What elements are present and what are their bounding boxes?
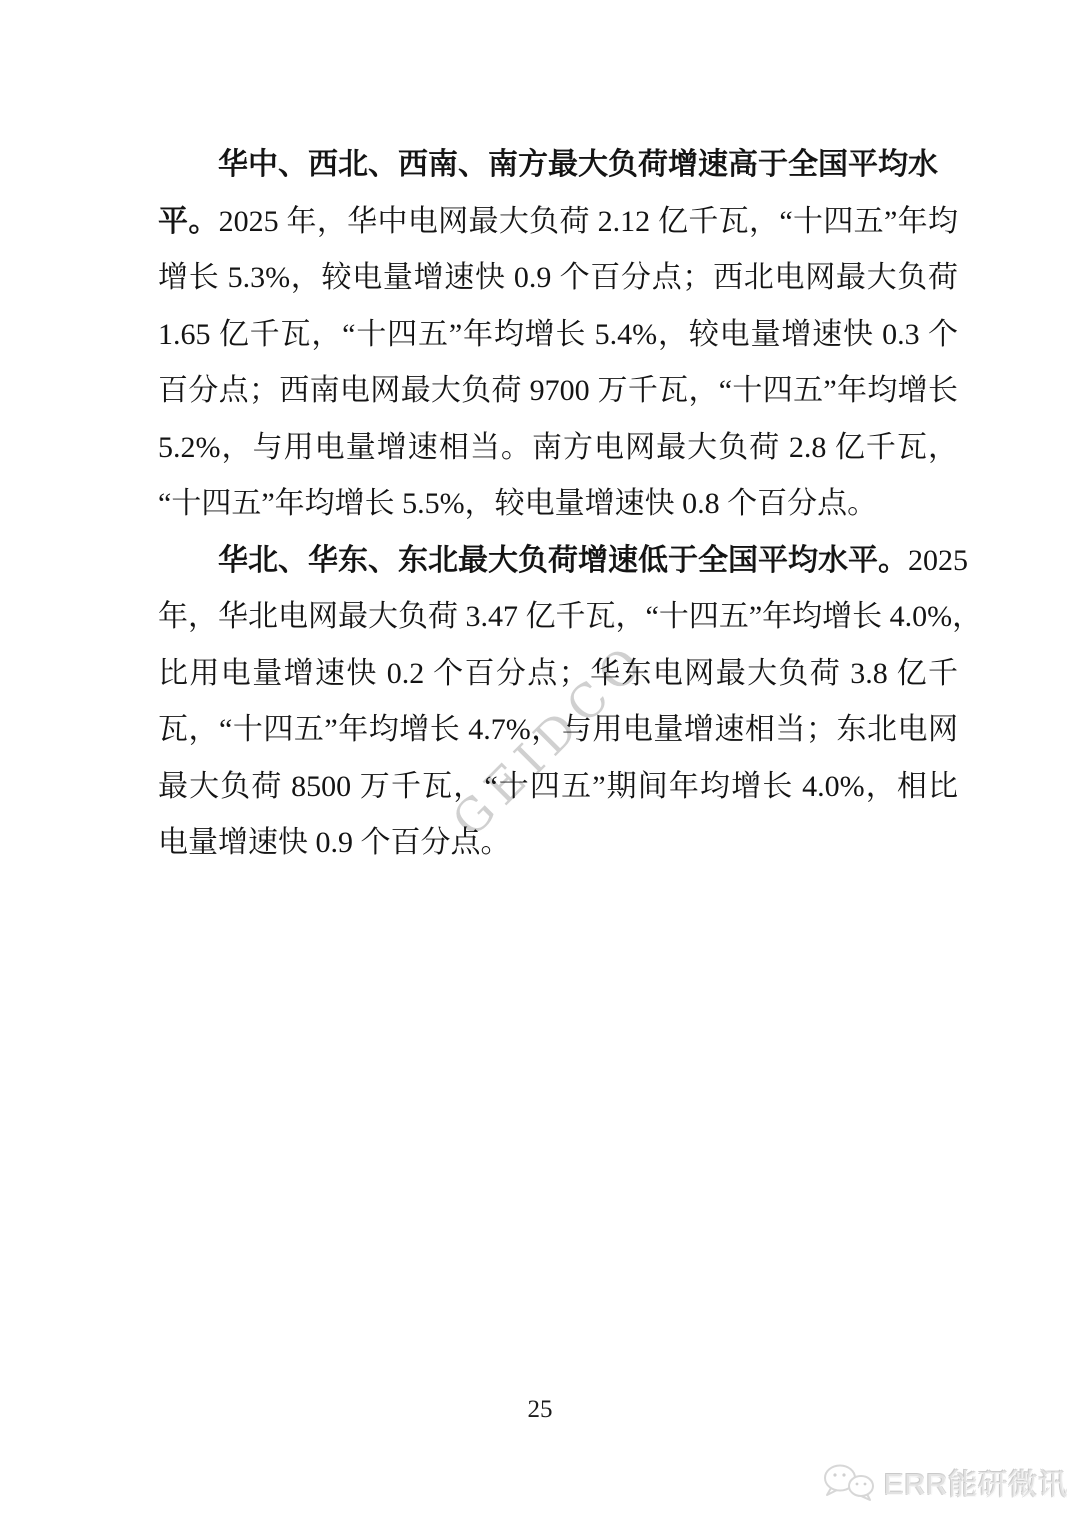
body-text: “十四五”年均增长 5.5%，较电量增速快 0.8 个百分点。 (158, 487, 877, 520)
body-text: 电量增速快 0.9 个百分点。 (158, 826, 511, 859)
bold-lead-text: 华北、华东、东北最大负荷增速低于全国平均水平。 (218, 544, 908, 577)
body-text: 2025 年，华中电网最大负荷 2.12 亿千瓦，“十四五”年均 (219, 205, 958, 238)
body-text: 1.65 亿千瓦，“十四五”年均增长 5.4%，较电量增速快 0.3 个 (158, 318, 958, 351)
text-line: 1.65 亿千瓦，“十四五”年均增长 5.4%，较电量增速快 0.3 个 (158, 307, 958, 364)
document-body: 华中、西北、西南、南方最大负荷增速高于全国平均水 平。2025 年，华中电网最大… (158, 137, 958, 872)
page-number: 25 (0, 1396, 1080, 1424)
body-text: 比用电量增速快 0.2 个百分点；华东电网最大负荷 3.8 亿千 (158, 657, 958, 690)
body-text: 瓦，“十四五”年均增长 4.7%，与用电量增速相当；东北电网 (158, 713, 958, 746)
text-line: 瓦，“十四五”年均增长 4.7%，与用电量增速相当；东北电网 (158, 702, 958, 759)
text-line: 华中、西北、西南、南方最大负荷增速高于全国平均水 (158, 137, 958, 194)
paragraph-2: 华北、华东、东北最大负荷增速低于全国平均水平。2025 年，华北电网最大负荷 3… (158, 533, 958, 872)
text-line: 电量增速快 0.9 个百分点。 (158, 815, 958, 872)
brand-mark: ERR能研微讯 (822, 1462, 1068, 1503)
body-text: 增长 5.3%，较电量增速快 0.9 个百分点；西北电网最大负荷 (158, 261, 958, 294)
chat-bubbles-icon (822, 1463, 876, 1503)
text-line: 平。2025 年，华中电网最大负荷 2.12 亿千瓦，“十四五”年均 (158, 194, 958, 251)
bold-lead-text: 华中、西北、西南、南方最大负荷增速高于全国平均水 (218, 148, 938, 181)
text-line: 5.2%，与用电量增速相当。南方电网最大负荷 2.8 亿千瓦， (158, 420, 958, 477)
body-text: 2025 (908, 544, 968, 577)
document-page: { "content": { "paragraphs": [ { "lines"… (0, 0, 1080, 1527)
text-line: 比用电量增速快 0.2 个百分点；华东电网最大负荷 3.8 亿千 (158, 646, 958, 703)
body-text: 5.2%，与用电量增速相当。南方电网最大负荷 2.8 亿千瓦， (158, 431, 958, 464)
body-text: 年，华北电网最大负荷 3.47 亿千瓦，“十四五”年均增长 4.0%， (158, 600, 982, 633)
text-line: 最大负荷 8500 万千瓦，“十四五”期间年均增长 4.0%，相比 (158, 759, 958, 816)
text-line: 华北、华东、东北最大负荷增速低于全国平均水平。2025 (158, 533, 958, 590)
text-line: 年，华北电网最大负荷 3.47 亿千瓦，“十四五”年均增长 4.0%， (158, 589, 958, 646)
text-line: “十四五”年均增长 5.5%，较电量增速快 0.8 个百分点。 (158, 476, 958, 533)
body-text: 百分点；西南电网最大负荷 9700 万千瓦，“十四五”年均增长 (158, 374, 958, 407)
bold-lead-text: 平。 (158, 205, 219, 238)
paragraph-1: 华中、西北、西南、南方最大负荷增速高于全国平均水 平。2025 年，华中电网最大… (158, 137, 958, 533)
brand-name: ERR能研微讯 (884, 1462, 1068, 1503)
body-text: 最大负荷 8500 万千瓦，“十四五”期间年均增长 4.0%，相比 (158, 770, 958, 803)
text-line: 百分点；西南电网最大负荷 9700 万千瓦，“十四五”年均增长 (158, 363, 958, 420)
text-line: 增长 5.3%，较电量增速快 0.9 个百分点；西北电网最大负荷 (158, 250, 958, 307)
